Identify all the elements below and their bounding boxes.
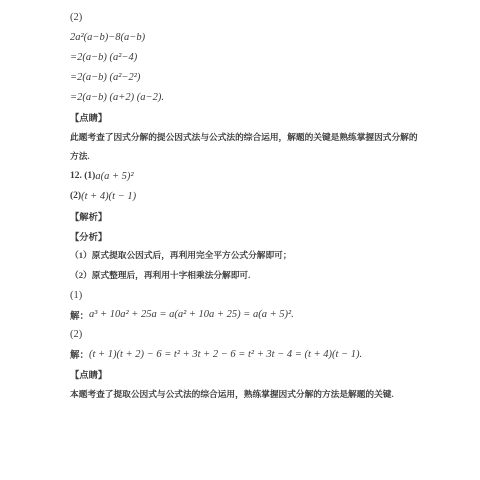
- solution-line: 解：(t + 1)(t + 2) − 6 = t² + 3t + 2 − 6 =…: [70, 345, 428, 365]
- document-page: (2)2a²(a−b)−8(a−b)=2(a−b) (a²−4)=2(a−b) …: [0, 0, 480, 480]
- item-number: (2): [70, 8, 428, 28]
- text-line: 本题考查了提取公因式与公式法的综合运用，熟练掌握因式分解的方法是解题的关键.: [70, 384, 428, 404]
- math-expression: =2(a−b) (a²−4): [70, 48, 428, 68]
- math-expression: (t + 1)(t + 2) − 6 = t² + 3t + 2 − 6 = t…: [89, 349, 362, 360]
- math-expression: =2(a−b) (a+2) (a−2).: [70, 87, 428, 107]
- section-heading: 【点睛】: [70, 107, 428, 127]
- math-expression: a³ + 10a² + 25a = a(a² + 10a + 25) = a(a…: [89, 309, 294, 320]
- math-expression: =2(a−b) (a²−2²): [70, 67, 428, 87]
- section-heading: 【解析】: [70, 206, 428, 226]
- item-number: (2): [70, 325, 428, 345]
- section-heading: 【点睛】: [70, 364, 428, 384]
- solution-line: 12. (1)a(a + 5)²: [70, 166, 428, 186]
- line-label: 解：: [70, 308, 89, 322]
- math-expression: 2a²(a−b)−8(a−b): [70, 28, 428, 48]
- solution-line: 解：a³ + 10a² + 25a = a(a² + 10a + 25) = a…: [70, 305, 428, 325]
- item-number: (1): [70, 285, 428, 305]
- line-label: 12. (1): [70, 171, 95, 181]
- text-line: 此题考查了因式分解的提公因式法与公式法的综合运用，解题的关键是熟练掌握因式分解的: [70, 127, 428, 147]
- text-line: （1）原式提取公因式后，再利用完全平方公式分解即可；: [70, 246, 428, 266]
- solution-line: (2)(t + 4)(t − 1): [70, 186, 428, 206]
- line-label: 解：: [70, 347, 89, 361]
- section-heading: 【分析】: [70, 226, 428, 246]
- math-expression: (t + 4)(t − 1): [81, 191, 136, 202]
- line-label: (2): [70, 191, 81, 201]
- text-line: （2）原式整理后，再利用十字相乘法分解即可.: [70, 265, 428, 285]
- math-expression: a(a + 5)²: [95, 171, 133, 182]
- text-line: 方法.: [70, 147, 428, 167]
